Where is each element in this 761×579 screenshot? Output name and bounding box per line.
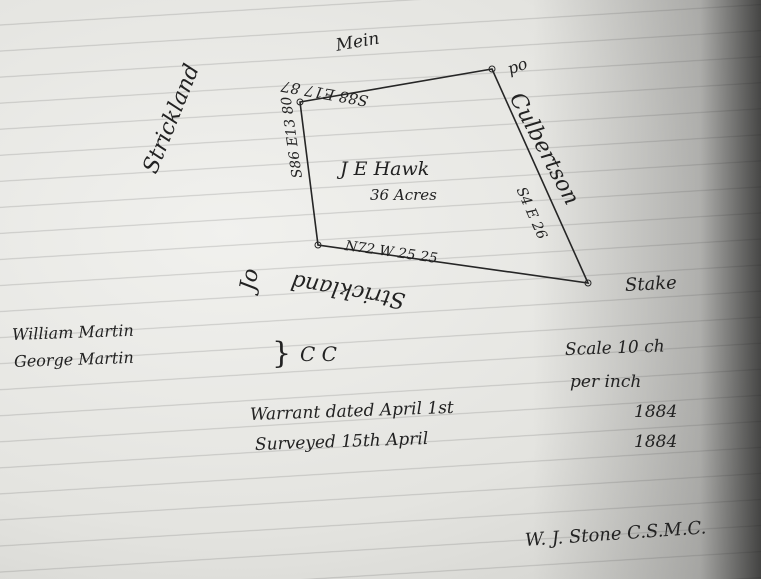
tract-owner: J E Hawk — [340, 158, 429, 180]
scale-line-2: per inch — [570, 372, 641, 392]
scale-line-1: Scale 10 ch — [565, 337, 665, 360]
warrant-year: 1884 — [634, 402, 677, 422]
brace: } — [272, 336, 291, 371]
tract-acreage: 36 Acres — [370, 186, 437, 204]
adjoiner-left-mark: Jo — [236, 267, 264, 293]
survey-year: 1884 — [634, 432, 677, 452]
chain-carriers-label: C C — [300, 342, 337, 366]
corner-stake: Stake — [624, 272, 677, 296]
